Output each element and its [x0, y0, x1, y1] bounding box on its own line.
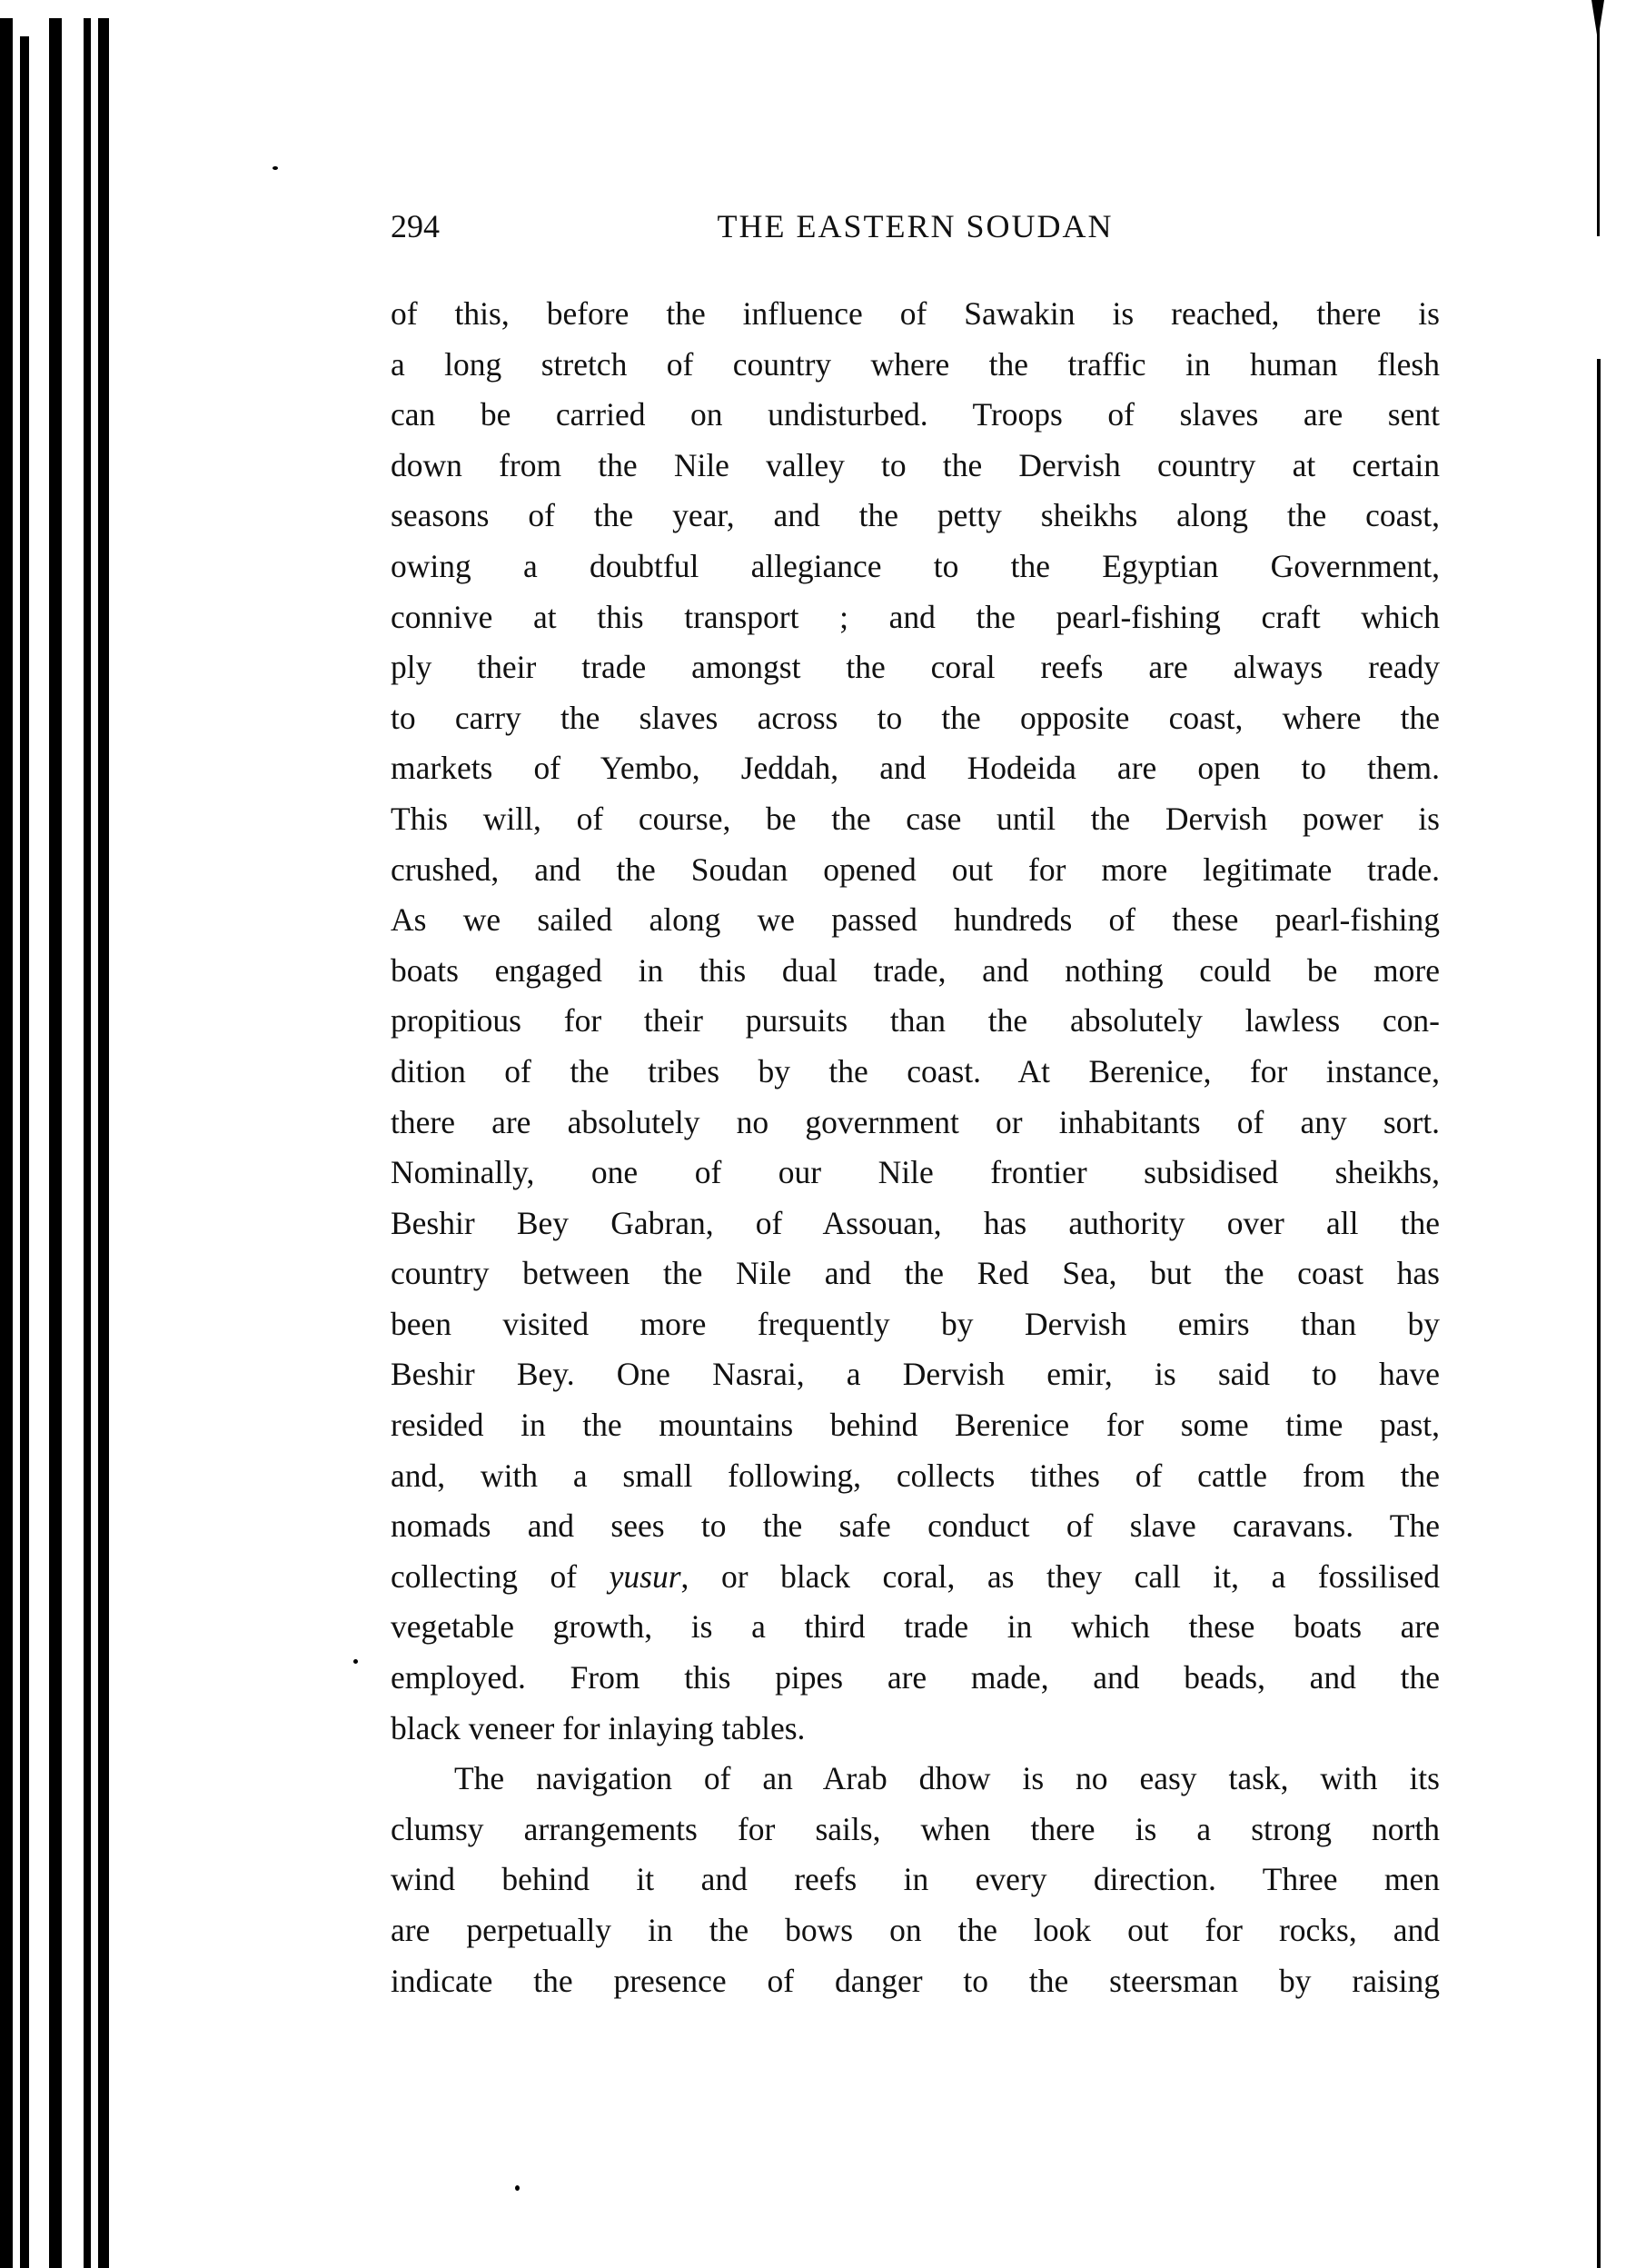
page-header: 294 THE EASTERN SOUDAN [391, 207, 1440, 253]
binding-edge-bar [49, 18, 62, 2268]
text-line: owing a doubtful allegiance to the Egypt… [391, 542, 1440, 592]
text-line: Beshir Bey. One Nasrai, a Dervish emir, … [391, 1349, 1440, 1400]
scan-speck [353, 1659, 358, 1664]
text-line: clumsy arrangements for sails, when ther… [391, 1805, 1440, 1855]
text-run: collecting of [391, 1558, 610, 1595]
text-line: black veneer for inlaying tables. [391, 1704, 1440, 1755]
italic-term: yusur [610, 1558, 681, 1595]
binding-edge-bar [0, 18, 13, 2268]
text-line: Nominally, one of our Nile frontier subs… [391, 1148, 1440, 1199]
text-line: wind behind it and reefs in every direct… [391, 1855, 1440, 1905]
text-line: vegetable growth, is a third trade in wh… [391, 1602, 1440, 1653]
text-line: propitious for their pursuits than the a… [391, 996, 1440, 1047]
text-line: dition of the tribes by the coast. At Be… [391, 1047, 1440, 1098]
text-line: are perpetually in the bows on the look … [391, 1905, 1440, 1956]
text-line: there are absolutely no government or in… [391, 1098, 1440, 1149]
body-text: of this, before the influence of Sawakin… [391, 289, 1440, 2006]
text-line: indicate the presence of danger to the s… [391, 1956, 1440, 2007]
text-line: markets of Yembo, Jeddah, and Hodeida ar… [391, 743, 1440, 794]
text-line: of this, before the influence of Sawakin… [391, 289, 1440, 340]
text-line: ply their trade amongst the coral reefs … [391, 642, 1440, 693]
text-line: to carry the slaves across to the opposi… [391, 693, 1440, 744]
text-line: This will, of course, be the case until … [391, 794, 1440, 845]
text-line: country between the Nile and the Red Sea… [391, 1248, 1440, 1299]
binding-edge-bar [98, 18, 109, 2268]
text-line: Beshir Bey Gabran, of Assouan, has autho… [391, 1199, 1440, 1249]
text-line: crushed, and the Soudan opened out for m… [391, 845, 1440, 896]
text-line: been visited more frequently by Dervish … [391, 1299, 1440, 1350]
text-line-italic: collecting of yusur, or black coral, as … [391, 1552, 1440, 1603]
text-line: seasons of the year, and the petty sheik… [391, 491, 1440, 542]
text-line: a long stretch of country where the traf… [391, 340, 1440, 391]
scan-speck [515, 2185, 520, 2191]
scan-speck [273, 166, 278, 170]
text-line: As we sailed along we passed hundreds of… [391, 895, 1440, 946]
text-line: connive at this transport ; and the pear… [391, 592, 1440, 643]
text-line: employed. From this pipes are made, and … [391, 1653, 1440, 1704]
text-line: boats engaged in this dual trade, and no… [391, 946, 1440, 997]
text-line: can be carried on undisturbed. Troops of… [391, 390, 1440, 441]
text-run: , or black coral, as they call it, a fos… [681, 1558, 1440, 1595]
paragraph-start-line: The navigation of an Arab dhow is no eas… [391, 1754, 1440, 1805]
page-edge-bar [1597, 359, 1601, 2268]
text-line: down from the Nile valley to the Dervish… [391, 441, 1440, 492]
text-line: nomads and sees to the safe conduct of s… [391, 1501, 1440, 1552]
page-edge-bar [1597, 27, 1600, 236]
running-title: THE EASTERN SOUDAN [391, 207, 1440, 245]
text-line: and, with a small following, collects ti… [391, 1451, 1440, 1502]
text-line: resided in the mountains behind Berenice… [391, 1400, 1440, 1451]
binding-edge-bar [84, 18, 91, 2268]
binding-edge-bar [20, 36, 29, 2268]
